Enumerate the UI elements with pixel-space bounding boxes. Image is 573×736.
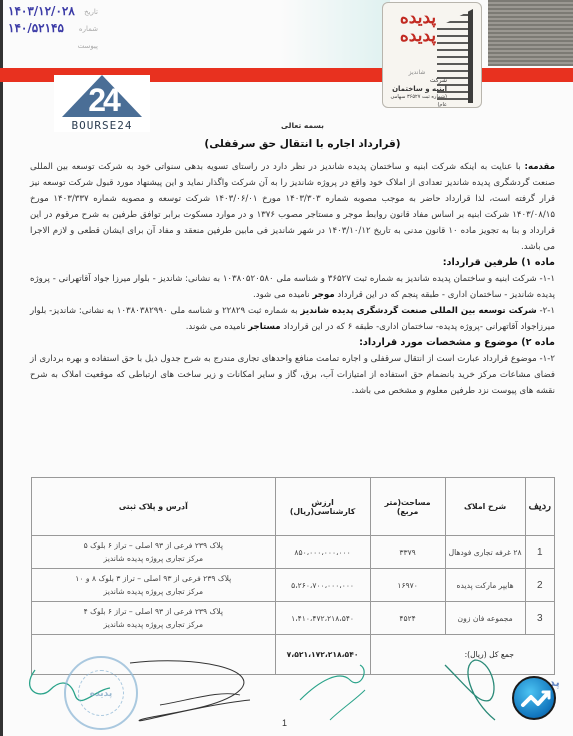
party-1-suffix: نامیده می شود.: [253, 290, 312, 300]
meta-number: شماره ۱۴۰/۵۲۱۴۵: [8, 21, 98, 38]
party-2-prefix: ۲-۱-: [537, 306, 555, 316]
letter-meta: تاریخ ۱۴۰۳/۱۲/۰۲۸ شماره ۱۴۰/۵۲۱۴۵ پیوست: [8, 4, 98, 55]
cell-address: پلاک ۲۳۹ فرعی از ۹۳ اصلی – تراز ۳ بلوک ۸…: [32, 569, 276, 602]
trend-chart-icon: [512, 676, 556, 720]
cell-area: ۱۶۹۷۰: [370, 569, 445, 602]
cell-value: ۸۵۰،۰۰۰،۰۰۰،۰۰۰: [275, 536, 370, 569]
section-1-title: ماده ۱) طرفین قرارداد:: [30, 255, 555, 271]
party-2-suffix: نامیده می شوند.: [186, 322, 248, 332]
company-line-1: شرکت: [387, 77, 447, 85]
col-description: شرح املاک: [445, 478, 525, 536]
meta-attachment: پیوست: [8, 38, 98, 55]
brand-small: شاندیز: [387, 69, 447, 77]
cell-description: هایپر مارکت پدیده: [445, 569, 525, 602]
intro-label: مقدمه:: [525, 162, 555, 172]
subject-paragraph: ۱-۲- موضوع قرارداد عبارت است از انتقال س…: [30, 351, 555, 399]
table-row: 1 ۲۸ غرفه تجاری فودهال ۳۳۷۹ ۸۵۰،۰۰۰،۰۰۰،…: [32, 536, 555, 569]
party-1-paragraph: ۱-۱- شرکت ابنیه و ساختمان پدیده شاندیز ب…: [30, 271, 555, 303]
cell-description: مجموعه فان زون: [445, 602, 525, 635]
cell-index: 3: [525, 602, 554, 635]
address-line-2: مرکز تجاری پروژه پدیده شاندیز: [35, 552, 272, 565]
party-1-role: موجر: [312, 290, 334, 300]
page-number: 1: [282, 718, 287, 728]
brand-line-1: پدیده: [393, 9, 443, 27]
cell-address: پلاک ۲۳۹ فرعی از ۹۳ اصلی – تراز ۶ بلوک ۵…: [32, 536, 276, 569]
company-line-2: ابنیه و ساختمان: [387, 85, 447, 93]
cell-description: ۲۸ غرفه تجاری فودهال: [445, 536, 525, 569]
meta-attachment-label: پیوست: [78, 42, 98, 50]
meta-date: تاریخ ۱۴۰۳/۱۲/۰۲۸: [8, 4, 98, 21]
intro-text: با عنایت به اینکه شرکت ابنیه و ساختمان پ…: [30, 162, 555, 252]
cell-index: 2: [525, 569, 554, 602]
table-row: 2 هایپر مارکت پدیده ۱۶۹۷۰ ۵،۲۶۰،۷۰۰،۰۰۰،…: [32, 569, 555, 602]
company-logo: پدیده پدیده شاندیز شرکت ابنیه و ساختمان …: [382, 2, 482, 108]
address-line-1: پلاک ۲۳۹ فرعی از ۹۳ اصلی – تراز ۳ بلوک ۸…: [35, 572, 272, 585]
cell-area: ۴۵۲۴: [370, 602, 445, 635]
company-stamp: پدیده: [64, 656, 138, 730]
meta-date-value: ۱۴۰۳/۱۲/۰۲۸: [8, 4, 75, 18]
intro-paragraph: مقدمه: با عنایت به اینکه شرکت ابنیه و سا…: [30, 159, 555, 255]
company-subtitle: شاندیز شرکت ابنیه و ساختمان (شماره ثبت ۳…: [387, 69, 447, 109]
contract-body: بسمه تعالی (قرارداد اجاره با انتقال حق س…: [30, 118, 555, 399]
col-area: مساحت(متر مربع): [370, 478, 445, 536]
stamp-text: پدیده: [78, 670, 124, 716]
cell-index: 1: [525, 536, 554, 569]
table-row: 3 مجموعه فان زون ۴۵۲۴ ۱،۴۱۰،۴۷۲،۲۱۸،۵۴۰ …: [32, 602, 555, 635]
meta-number-value: ۱۴۰/۵۲۱۴۵: [8, 21, 64, 35]
letterhead-stripes: [488, 0, 573, 66]
cell-area: ۳۳۷۹: [370, 536, 445, 569]
party-2-role: مستاجر: [248, 322, 280, 332]
scan-edge: [0, 0, 3, 736]
section-2-title: ماده ۲) موضوع و مشخصات مورد قرارداد:: [30, 335, 555, 351]
party-2-paragraph: ۲-۱- شرکت توسعه بین المللی صنعت گردشگری …: [30, 303, 555, 335]
cell-value: ۱،۴۱۰،۴۷۲،۲۱۸،۵۴۰: [275, 602, 370, 635]
meta-number-label: شماره: [79, 25, 98, 33]
letterhead-gradient: [280, 0, 390, 68]
meta-date-label: تاریخ: [84, 8, 98, 16]
company-registration: (شماره ثبت ۳۶۵۲۷ سهامی عام): [387, 93, 447, 109]
cell-value: ۵،۲۶۰،۷۰۰،۰۰۰،۰۰۰: [275, 569, 370, 602]
address-line-2: مرکز تجاری پروژه پدیده شاندیز: [35, 618, 272, 631]
bismillah: بسمه تعالی: [30, 118, 573, 134]
brand-line-2: پدیده: [393, 27, 443, 45]
contract-title: (قرارداد اجاره با انتقال حق سرقفلی): [30, 136, 573, 152]
address-line-1: پلاک ۲۳۹ فرعی از ۹۳ اصلی – تراز ۶ بلوک ۴: [35, 605, 272, 618]
col-address: آدرس و پلاک ثبتی: [32, 478, 276, 536]
party-2-name: شرکت توسعه بین المللی صنعت گردشگری پدیده…: [301, 306, 537, 316]
cell-address: پلاک ۲۳۹ فرعی از ۹۳ اصلی – تراز ۶ بلوک ۴…: [32, 602, 276, 635]
bourse-number: 24: [78, 83, 128, 117]
scanned-document-page: تاریخ ۱۴۰۳/۱۲/۰۲۸ شماره ۱۴۰/۵۲۱۴۵ پیوست …: [0, 0, 573, 736]
address-line-2: مرکز تجاری پروژه پدیده شاندیز: [35, 585, 272, 598]
col-value: ارزش کارشناسی(ریال): [275, 478, 370, 536]
brand-wordmark: پدیده پدیده: [393, 9, 443, 45]
properties-table: ردیف شرح املاک مساحت(متر مربع) ارزش کارش…: [31, 477, 555, 675]
table-header-row: ردیف شرح املاک مساحت(متر مربع) ارزش کارش…: [32, 478, 555, 536]
col-index: ردیف: [525, 478, 554, 536]
address-line-1: پلاک ۲۳۹ فرعی از ۹۳ اصلی – تراز ۶ بلوک ۵: [35, 539, 272, 552]
